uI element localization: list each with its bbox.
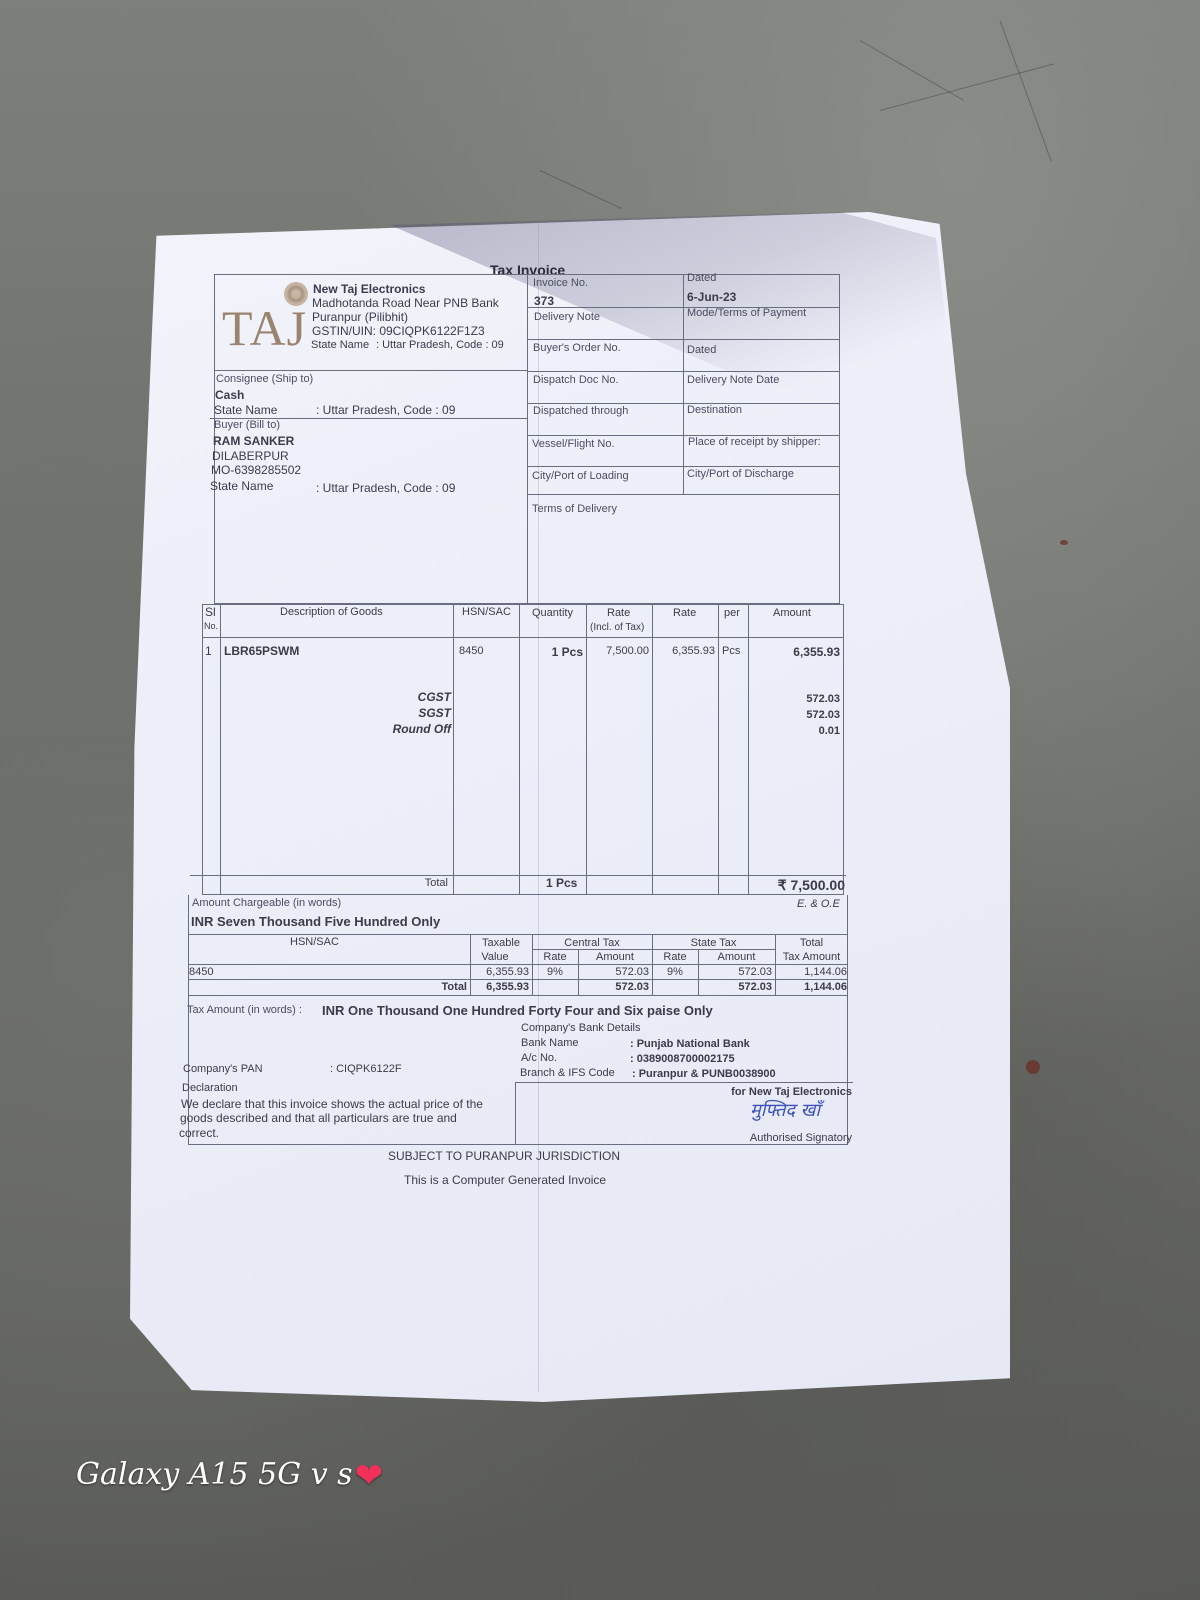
sgst-amount: 572.03 <box>749 709 840 722</box>
divider <box>527 494 840 495</box>
delivery-note-date-label: Delivery Note Date <box>687 374 779 387</box>
tax-words: INR One Thousand One Hundred Forty Four … <box>322 1004 713 1019</box>
terms-delivery-label: Terms of Delivery <box>532 503 617 516</box>
delivery-note-label: Delivery Note <box>534 311 600 324</box>
sgst-label: SGST <box>300 707 451 721</box>
round-off-label: Round Off <box>300 723 451 737</box>
tax-words-label: Tax Amount (in words) : <box>187 1004 302 1017</box>
consignee-name: Cash <box>215 389 244 403</box>
jurisdiction: SUBJECT TO PURANPUR JURISDICTION <box>388 1150 620 1164</box>
computer-generated-note: This is a Computer Generated Invoice <box>404 1174 606 1188</box>
th-quantity: Quantity <box>532 607 573 620</box>
ts-th-central: Central Tax <box>532 937 652 950</box>
divider <box>527 403 840 404</box>
pan-value: : CIQPK6122F <box>330 1063 402 1076</box>
ts-th-s-amount: Amount <box>698 951 775 964</box>
row-sl: 1 <box>205 645 212 659</box>
total-amount: ₹ 7,500.00 <box>749 877 845 893</box>
seller-name: New Taj Electronics <box>313 283 425 297</box>
vessel-label: Vessel/Flight No. <box>532 438 615 451</box>
row-rate-incl: 7,500.00 <box>587 645 649 658</box>
stain <box>1060 540 1068 545</box>
row-amount: 6,355.93 <box>749 646 840 660</box>
dated-label: Dated <box>687 272 716 285</box>
seller-gstin: GSTIN/UIN: 09CIQPK6122F1Z3 <box>312 325 485 339</box>
declaration-line-1: We declare that this invoice shows the a… <box>181 1098 483 1112</box>
ts-th-total-sub: Tax Amount <box>775 951 848 964</box>
declaration-line-3: correct. <box>179 1127 219 1141</box>
seller-state: : Uttar Pradesh, Code : 09 <box>376 339 504 352</box>
row-per: Pcs <box>722 645 740 658</box>
invoice-date: 6-Jun-23 <box>687 291 736 305</box>
seller-address-2: Puranpur (Pilibhit) <box>312 311 408 325</box>
mode-terms-label: Mode/Terms of Payment <box>687 307 806 320</box>
ts-total-s-amount: 572.03 <box>698 981 772 994</box>
amount-words-label: Amount Chargeable (in words) <box>192 897 341 910</box>
heart-icon: ❤ <box>355 1456 384 1496</box>
th-hsn: HSN/SAC <box>462 606 511 619</box>
stain <box>1026 1060 1040 1074</box>
ts-th-total: Total <box>775 937 848 950</box>
ts-th-hsn: HSN/SAC <box>290 936 339 949</box>
declaration-label: Declaration <box>182 1082 238 1095</box>
dated2-label: Dated <box>687 344 716 357</box>
branch-ifsc: : Puranpur & PUNB0038900 <box>632 1068 776 1081</box>
th-rate-incl: Rate <box>607 607 630 620</box>
consignee-label: Consignee (Ship to) <box>216 373 313 386</box>
divider <box>718 604 719 895</box>
ts-row-total: 1,144.06 <box>775 966 847 979</box>
th-amount: Amount <box>773 607 811 620</box>
ts-th-value: Value <box>470 951 520 964</box>
port-loading-label: City/Port of Loading <box>532 470 629 483</box>
round-off-amount: 0.01 <box>749 725 840 738</box>
account-label: A/c No. <box>521 1052 557 1065</box>
account-number: : 0389008700002175 <box>630 1053 735 1066</box>
amount-words: INR Seven Thousand Five Hundred Only <box>191 915 440 930</box>
signatory-for: for New Taj Electronics <box>620 1086 852 1099</box>
buyer-state-label: State Name <box>210 480 273 494</box>
divider <box>188 979 848 980</box>
row-description: LBR65PSWM <box>224 645 299 659</box>
branch-label: Branch & IFS Code <box>520 1067 615 1080</box>
ts-row-s-amount: 572.03 <box>698 966 772 979</box>
ts-total-total: 1,144.06 <box>775 981 847 994</box>
bank-heading: Company's Bank Details <box>521 1022 641 1035</box>
eoe: E. & O.E <box>797 898 840 911</box>
ts-total-label: Total <box>380 981 467 994</box>
cgst-label: CGST <box>300 691 451 705</box>
ts-row-s-rate: 9% <box>652 966 698 979</box>
divider <box>220 604 221 895</box>
port-discharge-label: City/Port of Discharge <box>687 468 794 481</box>
th-description: Description of Goods <box>280 606 383 619</box>
row-rate: 6,355.93 <box>653 645 715 658</box>
bank-name-label: Bank Name <box>521 1037 578 1050</box>
cgst-amount: 572.03 <box>749 693 840 706</box>
total-quantity: 1 Pcs <box>546 877 577 891</box>
dispatched-through-label: Dispatched through <box>533 405 628 418</box>
camera-watermark: Galaxy A15 5G v s❤ <box>76 1456 383 1496</box>
invoice-no: 373 <box>534 295 554 309</box>
company-logo: TAJ <box>222 300 307 358</box>
ts-th-c-rate: Rate <box>532 951 578 964</box>
consignee-state: : Uttar Pradesh, Code : 09 <box>316 404 455 418</box>
divider <box>515 1082 853 1083</box>
consignee-state-label: State Name <box>214 404 277 418</box>
divider <box>527 274 528 604</box>
buyer-label: Buyer (Bill to) <box>214 419 280 432</box>
ts-row-c-amount: 572.03 <box>578 966 649 979</box>
signature: मुफ्तिद खाँ <box>750 1101 820 1122</box>
destination-label: Destination <box>687 404 742 417</box>
th-sl: Sl <box>205 606 216 620</box>
ground-crack <box>880 63 1054 111</box>
dispatch-doc-label: Dispatch Doc No. <box>533 374 619 387</box>
divider <box>188 964 848 965</box>
authorised-signatory: Authorised Signatory <box>620 1132 852 1145</box>
divider <box>527 371 840 372</box>
seller-address-1: Madhotanda Road Near PNB Bank <box>312 297 499 311</box>
ground-crack <box>540 170 622 209</box>
declaration-line-2: goods described and that all particulars… <box>180 1112 457 1126</box>
ts-row-taxable: 6,355.93 <box>470 966 529 979</box>
divider <box>527 466 840 467</box>
buyer-state: : Uttar Pradesh, Code : 09 <box>316 482 455 496</box>
th-per: per <box>724 607 740 620</box>
th-rate-incl-sub: (Incl. of Tax) <box>590 622 644 634</box>
pan-label: Company's PAN <box>183 1063 263 1076</box>
divider <box>188 995 848 996</box>
ts-th-c-amount: Amount <box>578 951 652 964</box>
th-sl-no: No. <box>204 621 218 631</box>
place-receipt-label: Place of receipt by shipper: <box>688 436 821 449</box>
row-quantity: 1 Pcs <box>520 646 583 660</box>
invoice-no-label: Invoice No. <box>533 277 588 290</box>
ts-total-taxable: 6,355.93 <box>470 981 529 994</box>
row-hsn: 8450 <box>459 645 483 658</box>
buyer-address: DILABERPUR <box>212 450 289 464</box>
th-rate: Rate <box>673 607 696 620</box>
divider <box>527 339 840 340</box>
ts-th-s-rate: Rate <box>652 951 698 964</box>
seller-state-label: State Name <box>311 339 369 352</box>
bank-name: : Punjab National Bank <box>630 1038 750 1051</box>
total-label: Total <box>300 877 448 890</box>
divider <box>515 1082 516 1145</box>
ts-th-state: State Tax <box>652 937 775 950</box>
ts-row-c-rate: 9% <box>532 966 578 979</box>
buyers-order-label: Buyer's Order No. <box>533 342 621 355</box>
buyer-name: RAM SANKER <box>213 435 294 449</box>
watermark-text: Galaxy A15 5G v s <box>76 1457 353 1492</box>
ts-total-c-amount: 572.03 <box>578 981 649 994</box>
divider <box>188 934 848 935</box>
ts-row-hsn: 8450 <box>189 966 213 979</box>
divider <box>453 604 454 895</box>
buyer-mobile: MO-6398285502 <box>211 464 301 478</box>
ts-th-taxable: Taxable <box>470 937 532 950</box>
divider <box>214 370 527 371</box>
ground-crack <box>1000 20 1052 161</box>
